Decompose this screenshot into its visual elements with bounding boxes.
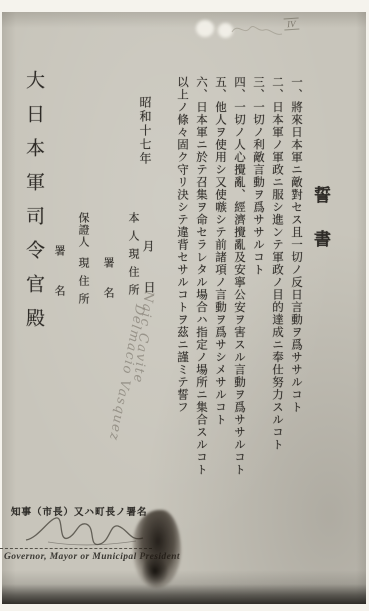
guarantor-address-label: 現住所 [75, 257, 91, 311]
oath-clause-1: 一、將來日本軍ニ敵對セス且一切ノ反日言動ヲ爲ササルコト [286, 76, 305, 556]
guarantor-label: 保證人 [75, 212, 91, 248]
oath-clause-6: 六、日本軍ニ於テ召集ヲ命セラレタル場合ハ指定ノ場所ニ集合スルコト [191, 76, 210, 556]
signature-line [0, 548, 152, 549]
guarantor-signature-label: 署名 [51, 245, 67, 325]
principal-signature-label: 署名 [100, 257, 116, 317]
oath-clause-3: 三、一切ノ利敵言動ヲ爲ササルコト [248, 76, 267, 556]
principal-address-label: 本人現住所 [125, 212, 141, 302]
document-title: 誓書 [308, 186, 333, 274]
date-month-label: 月 [140, 240, 157, 252]
date-era-line: 昭和十七年 [137, 96, 154, 166]
scanned-oath-document: IV 誓書 一、將來日本軍ニ敵對セス且一切ノ反日言動ヲ爲ササルコト 二、日本軍ノ… [0, 0, 369, 611]
thumbprint-core [142, 556, 168, 586]
oath-clause-2: 二、日本軍ノ軍政ニ服シ進ンテ軍政ノ目的達成ニ奉仕努力スルコト [267, 76, 286, 556]
oath-clause-4: 四、一切ノ人心攪亂、經濟攪亂及安寧公安ヲ害スル言動ヲ爲ササルコト [229, 76, 248, 556]
closing-pledge: 以上ノ條々固ク守リ決シテ違背セサルコトヲ茲ニ謹ミテ誓フ [172, 76, 191, 556]
addressee-line: 大日本軍司令官殿 [20, 70, 47, 342]
punch-hole [196, 20, 214, 37]
oath-clause-list: 一、將來日本軍ニ敵對セス且一切ノ反日言動ヲ爲ササルコト 二、日本軍ノ軍政ニ服シ進… [172, 76, 305, 556]
corner-numeral: IV [284, 18, 299, 31]
oath-clause-5: 五、他人ヲ使用シ又使嗾シテ前諸項ノ言動ヲ爲サシメサルコト [210, 76, 229, 556]
